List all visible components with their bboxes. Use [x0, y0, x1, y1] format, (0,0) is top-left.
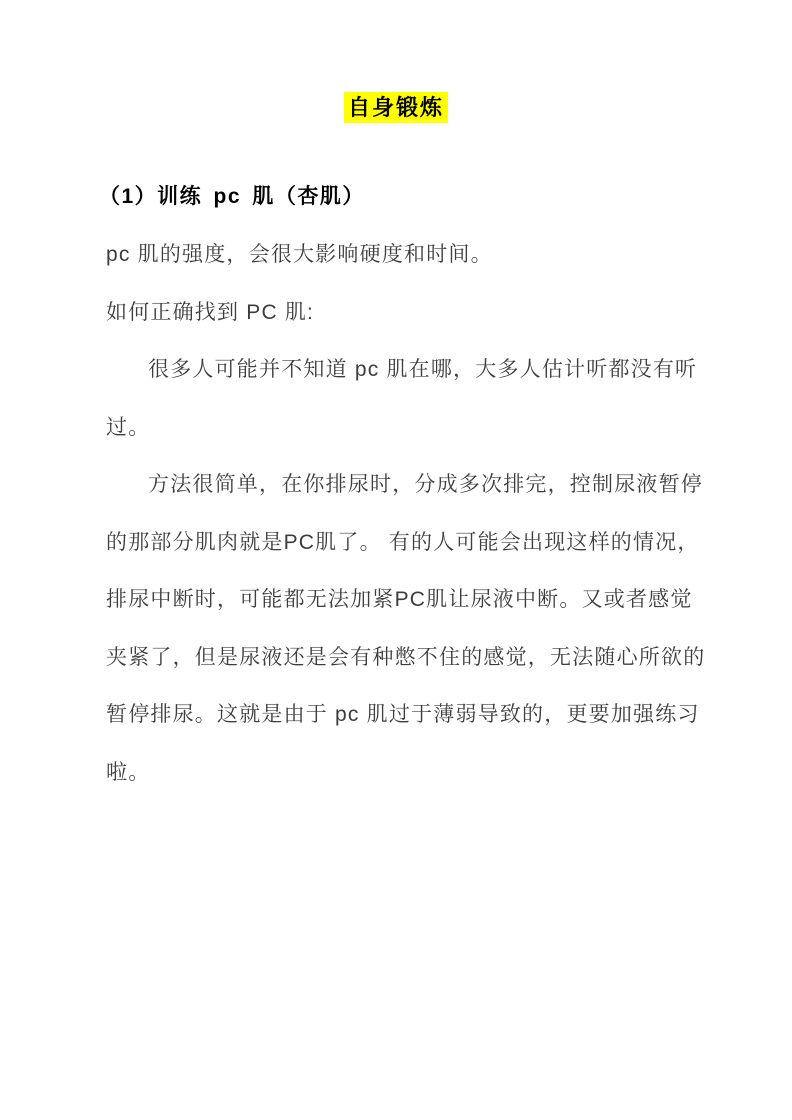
body-line: 暂停排尿。这就是由于 pc 肌过于薄弱导致的，更要加强练习: [106, 702, 716, 760]
section-heading: （1）训练 pc 肌（杏肌）: [99, 180, 365, 210]
document-title-row: 自身锻炼: [0, 92, 792, 123]
body-line: 排尿中断时，可能都无法加紧PC肌让尿液中断。又或者感觉: [106, 587, 716, 645]
body-line: 啦。: [106, 760, 716, 818]
body-line: 的那部分肌肉就是PC肌了。 有的人可能会出现这样的情况，: [106, 530, 716, 588]
body-line: 很多人可能并不知道 pc 肌在哪，大多人估计听都没有听: [106, 357, 716, 415]
body-line: 如何正确找到 PC 肌:: [106, 300, 716, 358]
body-line: 过。: [106, 415, 716, 473]
body-line: pc 肌的强度，会很大影响硬度和时间。: [106, 242, 716, 300]
document-page: 自身锻炼 （1）训练 pc 肌（杏肌） pc 肌的强度，会很大影响硬度和时间。 …: [0, 0, 792, 1120]
document-body: pc 肌的强度，会很大影响硬度和时间。 如何正确找到 PC 肌: 很多人可能并不…: [106, 242, 716, 817]
body-line: 方法很简单，在你排尿时，分成多次排完，控制尿液暂停: [106, 472, 716, 530]
body-line: 夹紧了，但是尿液还是会有种憋不住的感觉，无法随心所欲的: [106, 645, 716, 703]
document-title: 自身锻炼: [344, 92, 448, 123]
